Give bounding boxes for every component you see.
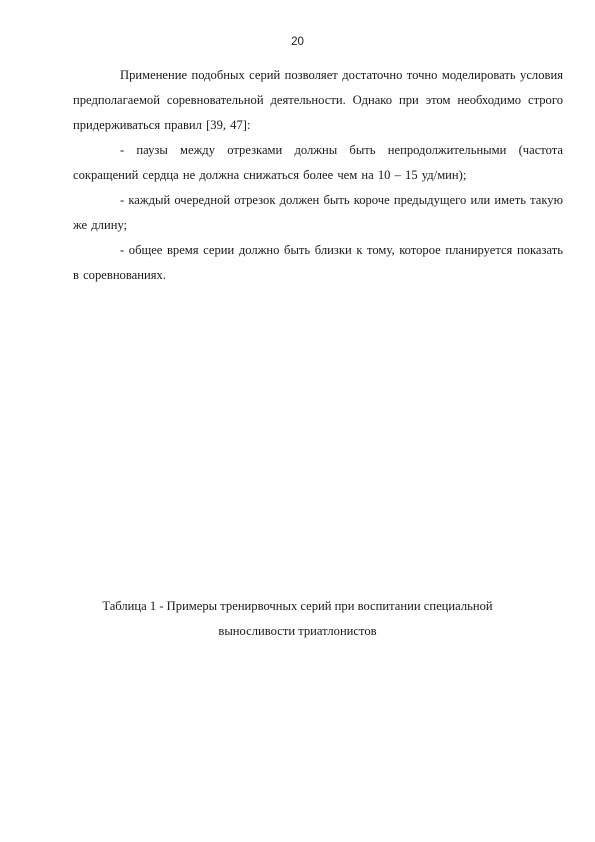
table-caption-line-2: выносливости триатлонистов [0, 619, 595, 644]
paragraph-rule-total-time: - общее время серии должно быть близки к… [73, 238, 563, 288]
paragraph-rule-segments: - каждый очередной отрезок должен быть к… [73, 188, 563, 238]
body-text: Применение подобных серий позволяет дост… [73, 63, 563, 288]
table-caption: Таблица 1 - Примеры тренирвочных серий п… [0, 594, 595, 644]
table-caption-line-1: Таблица 1 - Примеры тренирвочных серий п… [0, 594, 595, 619]
paragraph-intro: Применение подобных серий позволяет дост… [73, 63, 563, 138]
page-number: 20 [0, 36, 595, 48]
paragraph-rule-pauses: - паузы между отрезками должны быть непр… [73, 138, 563, 188]
